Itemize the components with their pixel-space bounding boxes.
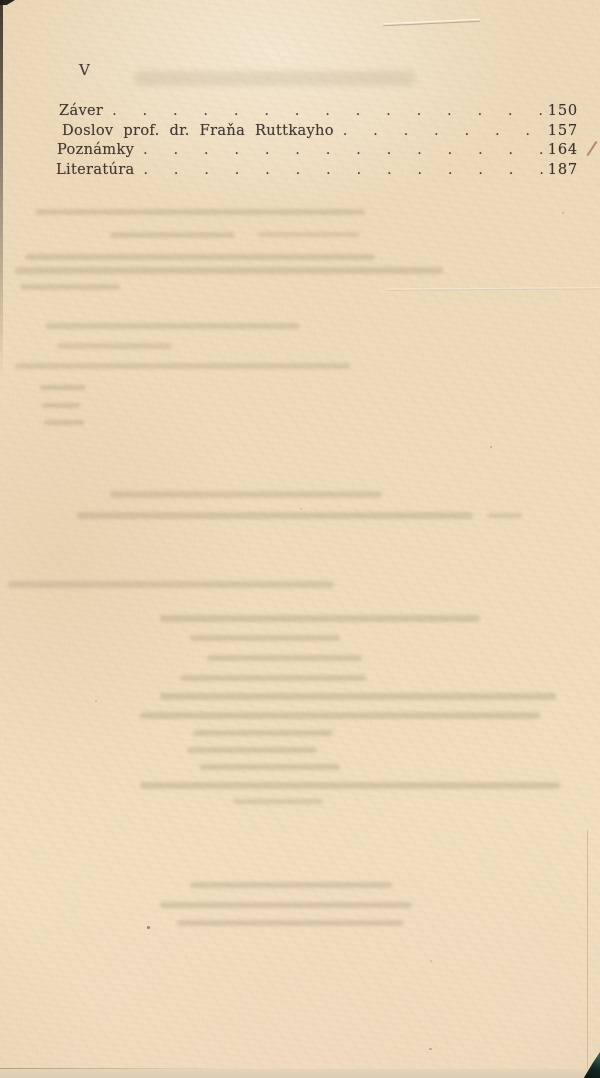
show-through-line [200,764,340,770]
show-through-line [77,512,473,519]
show-through-line [190,635,340,641]
paper-speck [562,212,564,214]
show-through-line [258,232,360,237]
page-bottom-edge-band [0,1069,600,1078]
scratch-mark [386,287,600,290]
show-through-line [207,655,362,661]
toc-page-number: 157 [546,122,578,139]
show-through-line [20,284,120,290]
toc-entry-title: Poznámky [57,141,134,158]
show-through-line [44,420,84,425]
scan-artifact-left-edge [0,0,3,380]
show-through-line [15,267,443,274]
toc-entry: Doslov prof. dr. Fraňa Ruttkayho .......… [62,122,578,142]
toc-entry-title: Záver [59,102,103,119]
toc-page-number: 164 [546,141,578,158]
show-through-line [110,232,235,238]
show-through-line [15,363,350,369]
toc-page-number: 187 [546,161,578,178]
show-through-line [233,799,323,804]
show-through-line [57,343,172,349]
paper-speck [429,1048,432,1050]
paper-speck [430,960,432,962]
show-through-line [45,323,300,329]
show-through-line [140,782,560,789]
toc-entry-title: Doslov prof. dr. Fraňa Ruttkayho [62,122,334,139]
show-through-line [25,254,375,260]
show-through-line [160,693,556,700]
show-through-line [487,513,522,518]
show-through-line [140,712,540,719]
table-of-contents: Záver .................... 150 Doslov pr… [57,102,578,181]
paper-speck [147,926,150,929]
toc-entry: Poznámky .................... 164 [57,141,578,161]
section-marker: V [79,63,91,78]
book-page: V Záver .................... 150 Doslov … [0,0,600,1078]
toc-leader-dots: .................... [134,162,546,178]
scan-artifact-right-page-edge [587,830,588,1070]
toc-entry: Záver .................... 150 [59,102,578,122]
scratch-mark [587,141,598,156]
paper-speck [490,446,492,448]
toc-page-number: 150 [546,102,578,119]
paper-speck [300,508,302,510]
paper-speck [95,700,97,702]
show-through-line [190,882,392,888]
show-through-line [40,385,86,390]
show-through-line [160,615,480,622]
show-through-line [160,902,412,908]
toc-entry-title: Literatúra [56,161,134,178]
show-through-line [42,403,80,408]
show-through-line [110,491,382,498]
show-through-line [135,71,415,86]
toc-leader-dots: .................... [134,142,546,158]
toc-entry: Literatúra .................... 187 [56,161,578,181]
show-through-line [177,920,403,926]
show-through-line [193,730,333,736]
toc-leader-dots: .................... [334,123,546,139]
show-through-line [8,581,334,588]
show-through-line [35,209,365,215]
toc-leader-dots: .................... [103,103,546,119]
show-through-line [187,747,317,753]
show-through-line [180,675,366,681]
